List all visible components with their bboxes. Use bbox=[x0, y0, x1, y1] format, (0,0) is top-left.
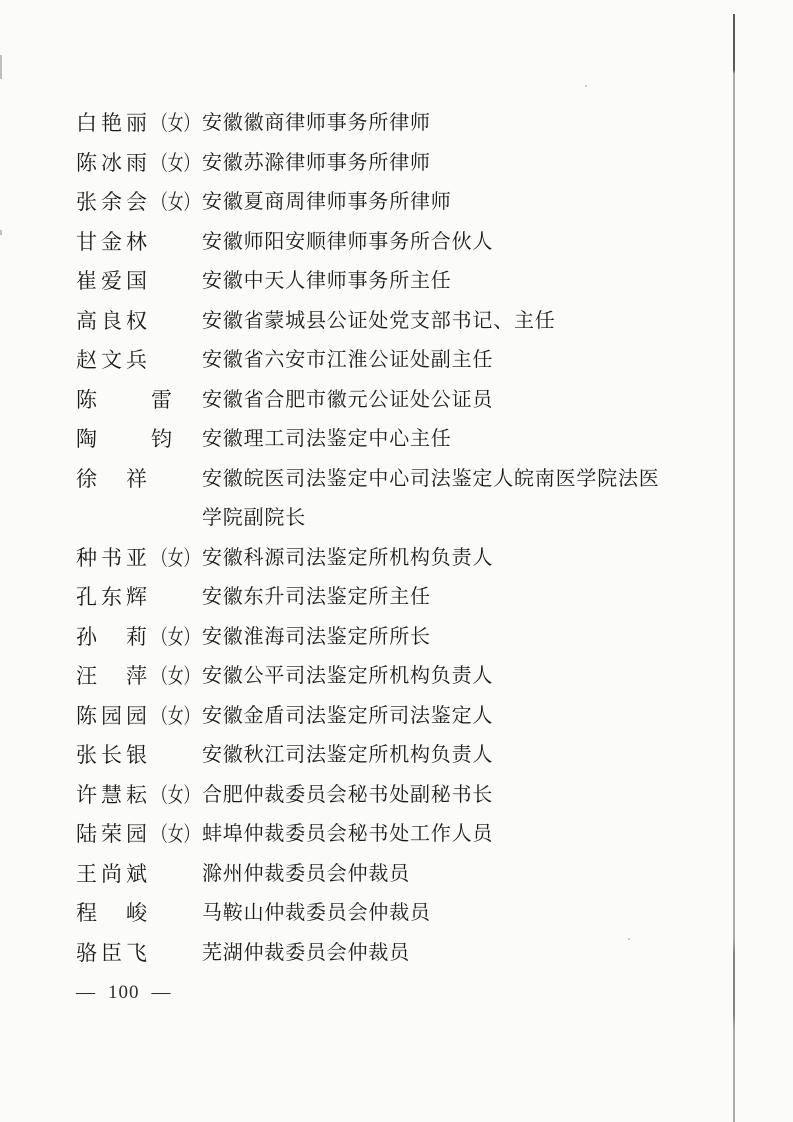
scan-artifact-line bbox=[733, 14, 735, 1122]
roster-entry: 骆臣飞 芜湖仲裁委员会仲裁员 bbox=[76, 934, 765, 974]
person-title: 安徽秋江司法鉴定所机构负责人 bbox=[202, 736, 682, 776]
roster-entry: 孙 莉 （女） 安徽淮海司法鉴定所所长 bbox=[76, 618, 765, 658]
person-title: 安徽苏滁律师事务所律师 bbox=[202, 144, 682, 184]
roster-entry: 张长银 安徽秋江司法鉴定所机构负责人 bbox=[76, 736, 765, 776]
person-title-line1: 安徽皖医司法鉴定中心司法鉴定人皖南医学院法医 bbox=[202, 460, 682, 500]
person-name: 陆荣园 bbox=[76, 815, 152, 855]
person-title: 安徽师阳安顺律师事务所合伙人 bbox=[202, 223, 682, 263]
person-title: 安徽金盾司法鉴定所司法鉴定人 bbox=[202, 697, 682, 737]
gender-note: （女） bbox=[152, 539, 190, 579]
gender-note: （女） bbox=[152, 183, 190, 223]
roster-entry: 陆荣园 （女） 蚌埠仲裁委员会秘书处工作人员 bbox=[76, 815, 765, 855]
person-name: 陈冰雨 bbox=[76, 144, 152, 184]
person-title: 安徽省蒙城县公证处党支部书记、主任 bbox=[202, 302, 682, 342]
gender-note: （女） bbox=[152, 104, 190, 144]
person-title-line1: 安徽科源司法鉴定所机构负责人 bbox=[202, 539, 682, 579]
person-title-line1: 安徽师阳安顺律师事务所合伙人 bbox=[202, 223, 682, 263]
roster-entry: 崔爱国 安徽中天人律师事务所主任 bbox=[76, 262, 765, 302]
person-title-line1: 安徽秋江司法鉴定所机构负责人 bbox=[202, 736, 682, 776]
roster-entry: 陈冰雨 （女） 安徽苏滁律师事务所律师 bbox=[76, 144, 765, 184]
person-title: 安徽科源司法鉴定所机构负责人 bbox=[202, 539, 682, 579]
person-title: 安徽省合肥市徽元公证处公证员 bbox=[202, 381, 682, 421]
person-name: 陈 雷 bbox=[76, 381, 152, 421]
person-name: 徐 祥 bbox=[76, 460, 152, 500]
person-title: 蚌埠仲裁委员会秘书处工作人员 bbox=[202, 815, 682, 855]
person-title-line1: 安徽中天人律师事务所主任 bbox=[202, 262, 682, 302]
person-title: 合肥仲裁委员会秘书处副秘书长 bbox=[202, 776, 682, 816]
person-title-line1: 蚌埠仲裁委员会秘书处工作人员 bbox=[202, 815, 682, 855]
person-title-line1: 安徽省六安市江淮公证处副主任 bbox=[202, 341, 682, 381]
person-name: 陶 钧 bbox=[76, 420, 152, 460]
footer-left-dash: — bbox=[76, 982, 96, 1004]
roster-entry: 高良权 安徽省蒙城县公证处党支部书记、主任 bbox=[76, 302, 765, 342]
roster-entry: 张余会 （女） 安徽夏商周律师事务所律师 bbox=[76, 183, 765, 223]
person-name: 陈园园 bbox=[76, 697, 152, 737]
page-footer: —100— bbox=[76, 982, 172, 1004]
person-name: 程 峻 bbox=[76, 894, 152, 934]
scan-edge-mark bbox=[0, 230, 2, 235]
roster-entry: 赵文兵 安徽省六安市江淮公证处副主任 bbox=[76, 341, 765, 381]
person-title-line1: 安徽省合肥市徽元公证处公证员 bbox=[202, 381, 682, 421]
roster-entry: 陈园园 （女） 安徽金盾司法鉴定所司法鉴定人 bbox=[76, 697, 765, 737]
person-name: 孙 莉 bbox=[76, 618, 152, 658]
person-title-line1: 安徽苏滁律师事务所律师 bbox=[202, 144, 682, 184]
roster-entry: 白艳丽 （女） 安徽徽商律师事务所律师 bbox=[76, 104, 765, 144]
person-name: 许慧耘 bbox=[76, 776, 152, 816]
person-name: 骆臣飞 bbox=[76, 934, 152, 974]
roster-entry: 王尚斌 滁州仲裁委员会仲裁员 bbox=[76, 855, 765, 895]
page-number: 100 bbox=[108, 982, 140, 1004]
person-name: 汪 萍 bbox=[76, 657, 152, 697]
roster-entry: 许慧耘 （女） 合肥仲裁委员会秘书处副秘书长 bbox=[76, 776, 765, 816]
scan-edge-mark bbox=[0, 55, 2, 79]
gender-note: （女） bbox=[152, 144, 190, 184]
roster-entry: 甘金林 安徽师阳安顺律师事务所合伙人 bbox=[76, 223, 765, 263]
roster-list: 白艳丽 （女） 安徽徽商律师事务所律师 陈冰雨 （女） 安徽苏滁律师事务所律师 … bbox=[76, 104, 765, 973]
roster-entry: 孔东辉 安徽东升司法鉴定所主任 bbox=[76, 578, 765, 618]
person-title-line1: 马鞍山仲裁委员会仲裁员 bbox=[202, 894, 682, 934]
roster-entry: 陈 雷 安徽省合肥市徽元公证处公证员 bbox=[76, 381, 765, 421]
person-title-line1: 合肥仲裁委员会秘书处副秘书长 bbox=[202, 776, 682, 816]
person-name: 张长银 bbox=[76, 736, 152, 776]
person-title-line1: 芜湖仲裁委员会仲裁员 bbox=[202, 934, 682, 974]
person-title-line1: 安徽淮海司法鉴定所所长 bbox=[202, 618, 682, 658]
gender-note: （女） bbox=[152, 618, 190, 658]
roster-entry: 种书亚 （女） 安徽科源司法鉴定所机构负责人 bbox=[76, 539, 765, 579]
person-title: 安徽皖医司法鉴定中心司法鉴定人皖南医学院法医 学院副院长 bbox=[202, 460, 682, 539]
scanned-page: 白艳丽 （女） 安徽徽商律师事务所律师 陈冰雨 （女） 安徽苏滁律师事务所律师 … bbox=[0, 0, 793, 1122]
person-title-line1: 安徽金盾司法鉴定所司法鉴定人 bbox=[202, 697, 682, 737]
person-title: 安徽省六安市江淮公证处副主任 bbox=[202, 341, 682, 381]
roster-entry: 徐 祥 安徽皖医司法鉴定中心司法鉴定人皖南医学院法医 学院副院长 bbox=[76, 460, 765, 539]
footer-right-dash: — bbox=[152, 982, 172, 1004]
person-title-line1: 安徽东升司法鉴定所主任 bbox=[202, 578, 682, 618]
person-name: 孔东辉 bbox=[76, 578, 152, 618]
person-title: 安徽徽商律师事务所律师 bbox=[202, 104, 682, 144]
person-title-line2: 学院副院长 bbox=[202, 499, 682, 539]
scan-speck bbox=[585, 85, 587, 87]
person-name: 甘金林 bbox=[76, 223, 152, 263]
person-title: 安徽东升司法鉴定所主任 bbox=[202, 578, 682, 618]
person-title: 滁州仲裁委员会仲裁员 bbox=[202, 855, 682, 895]
roster-entry: 汪 萍 （女） 安徽公平司法鉴定所机构负责人 bbox=[76, 657, 765, 697]
gender-note: （女） bbox=[152, 815, 190, 855]
person-title: 安徽中天人律师事务所主任 bbox=[202, 262, 682, 302]
person-title: 安徽夏商周律师事务所律师 bbox=[202, 183, 682, 223]
person-name: 种书亚 bbox=[76, 539, 152, 579]
roster-entry: 程 峻 马鞍山仲裁委员会仲裁员 bbox=[76, 894, 765, 934]
person-name: 白艳丽 bbox=[76, 104, 152, 144]
scan-speck bbox=[628, 938, 630, 940]
person-title: 芜湖仲裁委员会仲裁员 bbox=[202, 934, 682, 974]
person-title-line1: 安徽省蒙城县公证处党支部书记、主任 bbox=[202, 302, 682, 342]
person-name: 高良权 bbox=[76, 302, 152, 342]
person-title: 安徽理工司法鉴定中心主任 bbox=[202, 420, 682, 460]
person-title: 安徽公平司法鉴定所机构负责人 bbox=[202, 657, 682, 697]
person-title: 马鞍山仲裁委员会仲裁员 bbox=[202, 894, 682, 934]
person-title-line1: 滁州仲裁委员会仲裁员 bbox=[202, 855, 682, 895]
person-title-line1: 安徽理工司法鉴定中心主任 bbox=[202, 420, 682, 460]
scan-speck bbox=[370, 288, 372, 290]
person-name: 赵文兵 bbox=[76, 341, 152, 381]
gender-note: （女） bbox=[152, 776, 190, 816]
person-title-line1: 安徽徽商律师事务所律师 bbox=[202, 104, 682, 144]
person-title: 安徽淮海司法鉴定所所长 bbox=[202, 618, 682, 658]
person-title-line1: 安徽夏商周律师事务所律师 bbox=[202, 183, 682, 223]
person-name: 张余会 bbox=[76, 183, 152, 223]
person-title-line1: 安徽公平司法鉴定所机构负责人 bbox=[202, 657, 682, 697]
gender-note: （女） bbox=[152, 657, 190, 697]
gender-note: （女） bbox=[152, 697, 190, 737]
roster-entry: 陶 钧 安徽理工司法鉴定中心主任 bbox=[76, 420, 765, 460]
person-name: 崔爱国 bbox=[76, 262, 152, 302]
person-name: 王尚斌 bbox=[76, 855, 152, 895]
